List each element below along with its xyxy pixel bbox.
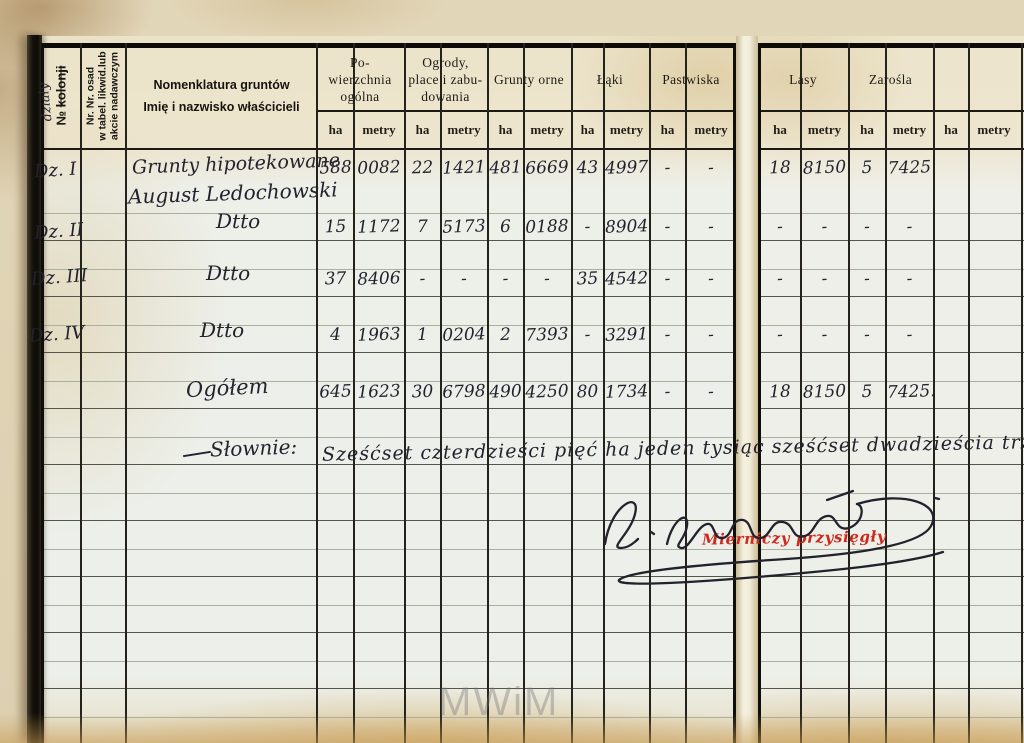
- grid-line: [41, 43, 44, 743]
- group-label: Pastwiska: [649, 71, 733, 88]
- group-header-ogrody: Ogrody, place i zabu- dowania: [404, 48, 487, 110]
- totals-cell: 7425.: [887, 378, 933, 406]
- grid-line: [968, 43, 970, 743]
- totals-cell: 1623: [355, 378, 404, 406]
- group-label-line: wierzchnia: [316, 71, 404, 88]
- table-cell: 7: [406, 213, 440, 240]
- table-cell: 22: [406, 154, 440, 181]
- table-cell: 588: [318, 154, 354, 181]
- table-cell: -: [850, 321, 885, 348]
- totals-cell: 1734: [605, 378, 649, 405]
- table-cell: -: [489, 265, 523, 292]
- totals-cell: 30: [406, 378, 440, 405]
- osad-line: akcie nadawczym: [109, 51, 121, 140]
- table-cell: 1: [406, 321, 440, 348]
- table-cell: -: [651, 213, 685, 240]
- slownie-label: Słownie:: [210, 434, 298, 461]
- subheader-ha: ha: [318, 112, 353, 148]
- row-district-label: Dz. II: [33, 219, 84, 243]
- table-cell: -: [887, 213, 933, 241]
- group-header-pastwiska: Pastwiska: [649, 48, 733, 110]
- subheader-metry: metry: [887, 112, 932, 148]
- table-cell: -: [687, 265, 736, 293]
- subheader-metry: metry: [687, 112, 735, 148]
- group-label: Lasy: [758, 71, 848, 88]
- group-header-laki: Łąki: [571, 48, 649, 110]
- subheader-metry: metry: [525, 112, 569, 148]
- signature-flourish: [575, 460, 975, 595]
- table-cell: 18: [760, 154, 801, 181]
- group-label-line: place i zabu-: [404, 71, 487, 88]
- table-cell: -: [687, 154, 736, 182]
- subheader-ha: ha: [406, 112, 439, 148]
- table-cell: 35: [573, 266, 603, 293]
- totals-cell: 6798: [442, 378, 487, 406]
- table-cell: -: [850, 213, 885, 240]
- table-cell: -: [406, 265, 440, 292]
- row-district-label: Dz. I: [33, 159, 77, 183]
- watermark-text: MWiM: [438, 680, 559, 725]
- grid-line: [80, 43, 82, 743]
- table-cell: -: [760, 213, 801, 240]
- table-cell: -: [651, 265, 685, 292]
- table-cell: 8406: [355, 265, 404, 293]
- scanned-register-document: № kolonji działy Nr. Nr. osad w tabel. l…: [0, 0, 1024, 743]
- group-label: Łąki: [571, 71, 649, 88]
- table-cell: -: [802, 265, 848, 293]
- row-name-ditto: Dtto: [206, 261, 250, 285]
- group-header-grunty-orne: Grunty orne: [487, 48, 571, 110]
- totals-cell: 5: [850, 378, 885, 405]
- osad-line: w tabel. likwid.lub: [97, 51, 109, 140]
- table-cell: -: [760, 265, 801, 292]
- subheader-metry: metry: [442, 112, 486, 148]
- table-cell: -: [887, 321, 933, 349]
- table-cell: -: [802, 321, 848, 349]
- totals-label: Ogółem: [185, 374, 269, 402]
- table-cell: 1172: [355, 213, 404, 241]
- subheader-metry: metry: [802, 112, 847, 148]
- table-cell: 0082: [355, 154, 404, 182]
- table-cell: -: [887, 265, 933, 293]
- row-district-label: Dz. III: [30, 265, 88, 290]
- nomenclature-subtitle: Imię i nazwisko właścicieli: [127, 100, 316, 114]
- row-name-ditto: Dtto: [216, 209, 260, 233]
- group-label: Zarośla: [848, 71, 933, 88]
- subheader-ha: ha: [760, 112, 800, 148]
- column-header-osad: Nr. Nr. osad w tabel. likwid.lub akcie n…: [80, 43, 125, 148]
- header-bottom-line: [41, 148, 736, 150]
- table-cell: -: [760, 321, 801, 348]
- table-cell: 1421: [442, 154, 487, 182]
- table-cell: -: [651, 154, 685, 181]
- totals-cell: -: [651, 378, 685, 405]
- totals-cell: 490: [489, 378, 523, 405]
- table-cell: -: [573, 214, 603, 241]
- group-header-powierzchnia: Po- wierzchnia ogólna: [316, 48, 404, 110]
- grid-line: [1021, 43, 1023, 743]
- osad-line: Nr. Nr. osad: [85, 51, 97, 140]
- table-cell: 1963: [355, 321, 404, 349]
- nomenclature-title: Nomenklatura gruntów: [127, 78, 316, 92]
- table-cell: 8150: [802, 154, 848, 182]
- table-cell: -: [525, 265, 570, 293]
- table-cell: 3291: [605, 321, 649, 348]
- subheader-metry: metry: [605, 112, 648, 148]
- table-cell: 481: [489, 154, 523, 181]
- row-district-label: Dz. IV: [28, 322, 85, 347]
- table-cell: -: [850, 265, 885, 292]
- header-bottom-line: [758, 148, 1024, 150]
- subheader-ha: ha: [489, 112, 522, 148]
- group-header-lasy: Lasy: [758, 48, 848, 110]
- group-label-line: ogólna: [316, 88, 404, 105]
- book-binding: [27, 35, 42, 743]
- page-seam: [736, 36, 758, 743]
- district-word: kolonji: [53, 65, 68, 107]
- table-cell: 0188: [525, 213, 570, 241]
- group-label-line: dowania: [404, 88, 487, 105]
- totals-cell: 4250: [525, 378, 570, 406]
- totals-cell: 645: [318, 378, 354, 405]
- table-cell: 4997: [605, 154, 649, 181]
- table-cell: 43: [573, 155, 603, 182]
- table-cell: 7393: [525, 321, 570, 349]
- column-header-nomenclature: Nomenklatura gruntów Imię i nazwisko wła…: [127, 43, 316, 148]
- subheader-metry: metry: [355, 112, 403, 148]
- row-name-ditto: Dtto: [200, 318, 244, 342]
- totals-cell: -: [687, 378, 736, 406]
- table-cell: -: [651, 321, 685, 348]
- table-cell: -: [687, 321, 736, 349]
- table-cell: 2: [489, 321, 523, 348]
- table-cell: 4: [318, 321, 354, 348]
- table-cell: 5173: [442, 213, 487, 241]
- group-header-zarosla: Zarośla: [848, 48, 933, 110]
- subheader-ha: ha: [935, 112, 967, 148]
- subheader-ha: ha: [651, 112, 684, 148]
- group-label-line: Ogrody,: [404, 54, 487, 71]
- table-cell: 8904: [605, 213, 649, 240]
- table-cell: 4542: [605, 265, 649, 292]
- table-cell: -: [687, 213, 736, 241]
- grid-line: [125, 43, 127, 743]
- group-label: Grunty orne: [487, 71, 571, 88]
- table-cell: -: [802, 213, 848, 241]
- totals-cell: 18: [760, 378, 801, 405]
- table-cell: 6669: [525, 154, 570, 182]
- group-label-line: Po-: [316, 54, 404, 71]
- table-cell: 6: [489, 213, 523, 240]
- subheader-ha: ha: [850, 112, 884, 148]
- table-cell: 15: [318, 213, 354, 240]
- table-cell: -: [573, 322, 603, 349]
- subheader-ha: ha: [573, 112, 602, 148]
- table-cell: -: [442, 265, 487, 293]
- table-cell: 7425: [887, 154, 933, 182]
- table-cell: 5: [850, 154, 885, 181]
- totals-cell: 8150: [802, 378, 848, 406]
- column-header-district: № kolonji działy: [41, 43, 80, 148]
- subheader-metry: metry: [969, 112, 1019, 148]
- table-cell: 37: [318, 265, 354, 292]
- totals-cell: 80: [573, 379, 603, 406]
- table-cell: 0204: [442, 321, 487, 349]
